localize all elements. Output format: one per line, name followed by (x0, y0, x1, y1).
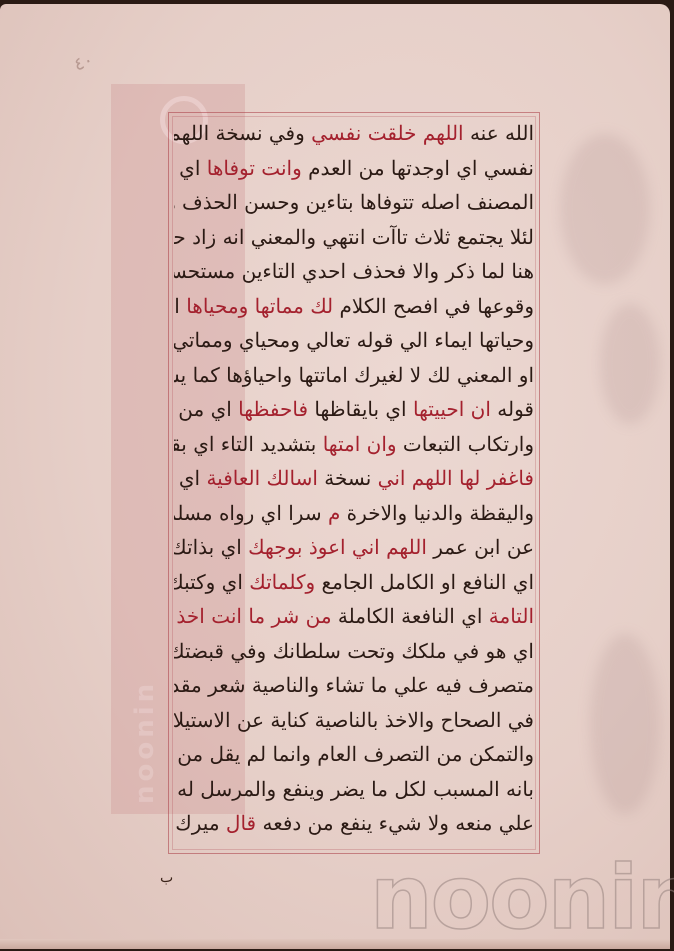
page-edge (0, 939, 670, 949)
body-text: اي تميتها قال (174, 156, 207, 180)
text-line: هنا لما ذكر والا فحذف احدي التاءين مستحس… (174, 254, 534, 289)
rubric-text: فاغفر لها اللهم اني (378, 466, 534, 490)
text-line: وقوعها في افصح الكلام لك مماتها ومحياها … (174, 289, 534, 324)
body-text: اي النافعة الكاملة (332, 604, 489, 628)
body-text: في الصحاح والاخذ بالناصية كناية عن الاست… (174, 708, 534, 732)
text-line: فاغفر لها اللهم اني نسخة اسالك العافية ا… (174, 461, 534, 496)
body-text: والتمكن من التصرف العام وانما لم يقل من … (174, 742, 534, 766)
rubric-text: من شر ما انت اخذ بناصيته (174, 604, 332, 628)
text-line: وحياتها ايماء الي قوله تعالي ومحياي ومما… (174, 323, 534, 358)
text-line: متصرف فيه علي ما تشاء والناصية شعر مقدم … (174, 668, 534, 703)
body-text: المصنف اصله تتوفاها بتاءين وحسن الحذف هن… (174, 190, 534, 214)
body-text: نفسي اي اوجدتها من العدم (302, 156, 534, 180)
body-text: وارتكاب التبعات (397, 432, 534, 456)
body-text: عن ابن عمر (427, 535, 534, 559)
text-line: والتمكن من التصرف العام وانما لم يقل من … (174, 737, 534, 772)
rubric-text: م (328, 501, 340, 525)
rubric-text: اللهم خلقت نفسي (311, 121, 463, 145)
bottom-watermark: noonin (370, 854, 674, 942)
body-text: هنا لما ذكر والا فحذف احدي التاءين مستحس… (174, 259, 534, 283)
rubric-text: لك مماتها ومحياها (186, 294, 333, 318)
body-text: الله عنه (464, 121, 534, 145)
body-text: وحياتها ايماء الي قوله تعالي ومحياي ومما… (174, 328, 534, 352)
body-text: واليقظة والدنيا والاخرة (340, 501, 534, 525)
body-text: اي موتها (174, 294, 186, 318)
text-line: اي هو في ملكك وتحت سلطانك وفي قبضتك وانت (174, 634, 534, 669)
body-text: نسخة (318, 466, 378, 490)
body-text: وقوعها في افصح الكلام (333, 294, 534, 318)
body-text: اي هو في ملكك وتحت سلطانك وفي قبضتك وانت (174, 639, 534, 663)
text-line: بانه المسبب لكل ما يضر وينفع والمرسل له … (174, 772, 534, 807)
text-line: عن ابن عمر اللهم اني اعوذ بوجهك اي بذاتك… (174, 530, 534, 565)
body-text: اي بذاتك (174, 535, 248, 559)
text-line: او المعني لك لا لغيرك اماتتها واحياؤها ك… (174, 358, 534, 393)
body-text: سرا اي رواه مسلم والنسائي (174, 501, 328, 525)
water-stain (560, 134, 650, 284)
body-text: او المعني لك لا لغيرك اماتتها واحياؤها ك… (174, 363, 534, 387)
rubric-text: وان امتها (323, 432, 397, 456)
text-line: التامة اي النافعة الكاملة من شر ما انت ا… (174, 599, 534, 634)
manuscript-text: الله عنه اللهم خلقت نفسي وفي نسخة اللهم … (174, 116, 534, 841)
body-text: اي من البليات (174, 397, 238, 421)
text-line: وارتكاب التبعات وان امتها بتشديد التاء ا… (174, 427, 534, 462)
body-text: بتشديد التاء اي بقبضها (174, 432, 323, 456)
body-text: علي منعه ولا شيء ينفع من دفعه (256, 811, 534, 835)
rubric-text: اللهم اني اعوذ بوجهك (248, 535, 427, 559)
text-line: في الصحاح والاخذ بالناصية كناية عن الاست… (174, 703, 534, 738)
body-text: وفي نسخة اللهم انت خلقت (174, 121, 311, 145)
rubric-text: التامة (489, 604, 534, 628)
text-line: لئلا يجتمع ثلاث تاآت انتهي والمعني انه ز… (174, 220, 534, 255)
margin-note: ٤٠ (71, 49, 96, 75)
text-line: الله عنه اللهم خلقت نفسي وفي نسخة اللهم … (174, 116, 534, 151)
body-text: اي وكتبك او اسمائك (174, 570, 249, 594)
rubric-text: ان احييتها (413, 397, 491, 421)
text-line: واليقظة والدنيا والاخرة م سرا اي رواه مس… (174, 496, 534, 531)
text-line: اي النافع او الكامل الجامع وكلماتك اي وك… (174, 565, 534, 600)
body-text: اي في النوم (174, 466, 206, 490)
body-text: بانه المسبب لكل ما يضر وينفع والمرسل له … (174, 777, 534, 801)
water-stain (600, 304, 660, 424)
body-text: متصرف فيه علي ما تشاء والناصية شعر مقدم … (174, 673, 534, 697)
text-line: قوله ان احييتها اي بايقاظها فاحفظها اي م… (174, 392, 534, 427)
text-line: المصنف اصله تتوفاها بتاءين وحسن الحذف هن… (174, 185, 534, 220)
body-text: ميرك كني بالاخذ (174, 811, 226, 835)
body-text: قوله (491, 397, 534, 421)
rubric-text: اسالك العافية (206, 466, 317, 490)
catchword: ب (160, 870, 173, 886)
text-line: علي منعه ولا شيء ينفع من دفعه قال ميرك ك… (174, 806, 534, 841)
water-stain (590, 634, 660, 814)
body-text: اي بايقاظها (308, 397, 413, 421)
rubric-text: وانت توفاها (207, 156, 302, 180)
body-text: لئلا يجتمع ثلاث تاآت انتهي والمعني انه ز… (174, 225, 534, 249)
body-text: اي النافع او الكامل الجامع (315, 570, 534, 594)
rubric-text: وكلماتك (249, 570, 315, 594)
vertical-watermark: noonin (130, 144, 170, 804)
rubric-text: قال (226, 811, 256, 835)
rubric-text: فاحفظها (238, 397, 308, 421)
text-line: نفسي اي اوجدتها من العدم وانت توفاها اي … (174, 151, 534, 186)
manuscript-page: ٤٠ noonin الله عنه اللهم خلقت نفسي وفي ن… (0, 4, 670, 949)
